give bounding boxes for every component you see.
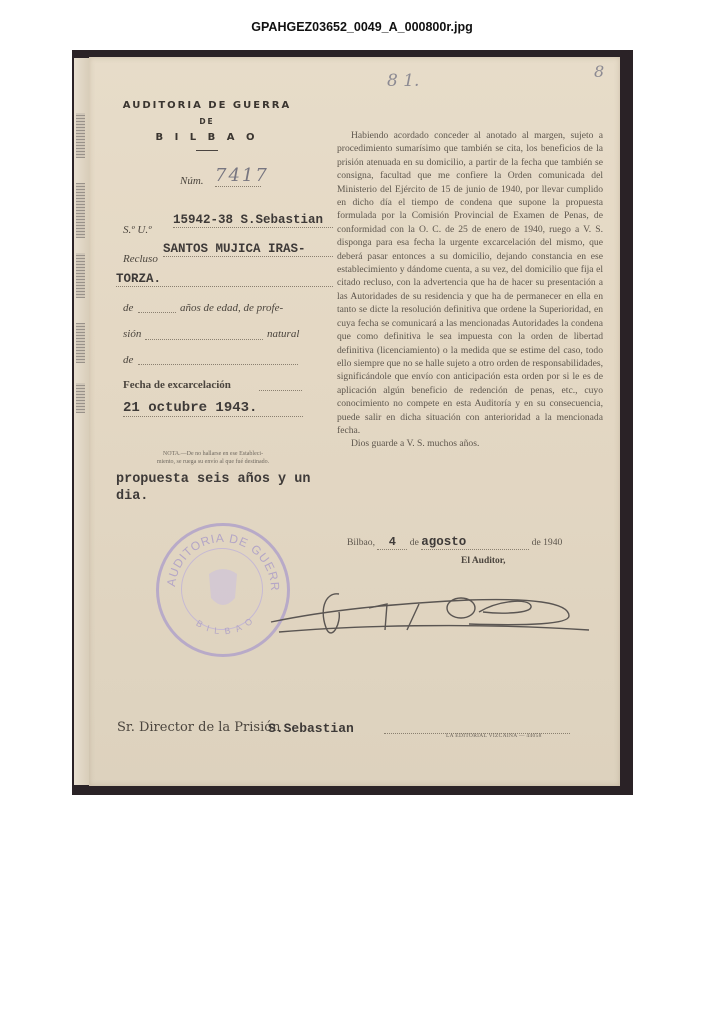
su-label: S.º U.º xyxy=(123,224,152,236)
num-value: 7417 xyxy=(215,165,261,187)
num-label: Núm. xyxy=(180,175,204,187)
document-page: AUDITORIA DE GUERRA DE B I L B A O Núm. … xyxy=(89,57,620,786)
svg-text:AUDITORIA DE GUERRA: AUDITORIA DE GUERRA xyxy=(159,526,282,592)
profesion-label: sión xyxy=(123,328,141,340)
file-name: GPAHGEZ03652_0049_A_000800r.jpg xyxy=(0,20,724,34)
corner-page-number: 8 xyxy=(594,62,604,81)
natural-de-label: de xyxy=(123,354,133,366)
svg-text:BILBAO: BILBAO xyxy=(194,612,259,636)
date-de1: de xyxy=(410,537,419,548)
su-value: 15942-38 S.Sebastian xyxy=(173,213,333,228)
recluso-label: Recluso xyxy=(123,253,158,265)
natural-field xyxy=(138,364,298,365)
pencil-annotation: 8 1. xyxy=(387,71,419,91)
edad-de-label: de xyxy=(123,302,133,314)
edad-text: años de edad, de profe- xyxy=(180,302,283,314)
signer-title: El Auditor, xyxy=(461,556,506,566)
date-place: Bilbao, xyxy=(347,537,375,548)
body-paragraphs: Habiendo acordado conceder al anotado al… xyxy=(337,129,603,451)
date-year: de 1940 xyxy=(532,537,563,548)
header-bilbao: B I L B A O xyxy=(107,132,307,143)
recluso-value-line1: SANTOS MUJICA IRAS- xyxy=(163,242,333,257)
date-line: Bilbao, 4 de agosto de 1940 xyxy=(347,535,607,550)
auditor-signature xyxy=(269,582,599,642)
stamp-text-ring: AUDITORIA DE GUERRA BILBAO xyxy=(159,526,287,654)
addressee-value: S.Sebastian xyxy=(268,721,354,736)
body-paragraph-closing: Dios guarde a V. S. muchos años. xyxy=(337,437,603,450)
profesion-field xyxy=(145,339,263,340)
natural-label: natural xyxy=(267,328,299,340)
body-paragraph-main: Habiendo acordado conceder al anotado al… xyxy=(337,129,603,437)
fecha-label: Fecha de excarcelación xyxy=(123,379,231,391)
adjacent-page-strip xyxy=(74,58,89,785)
addressee-label: Sr. Director de la Prisión xyxy=(117,720,280,735)
recluso-value-line2: TORZA. xyxy=(116,272,333,287)
date-month-field: agosto xyxy=(421,535,529,550)
nota-text: NOTA.—De no hallarse en ese Estableci- m… xyxy=(123,450,303,466)
header-auditoria: AUDITORIA DE GUERRA xyxy=(107,100,307,111)
fecha-label-dots xyxy=(259,390,302,391)
printer-imprint: LA EDITORIAL VIZCAINA — 44058 xyxy=(446,733,542,739)
fecha-value: 21 octubre 1943. xyxy=(123,400,303,417)
document-scan: AUDITORIA DE GUERRA DE B I L B A O Núm. … xyxy=(72,50,633,795)
edad-field xyxy=(138,312,176,313)
date-day: 4 xyxy=(389,535,396,549)
propuesta-line1: propuesta seis años y un xyxy=(116,472,310,487)
date-month: agosto xyxy=(421,535,466,549)
propuesta-line2: dia. xyxy=(116,489,148,504)
date-day-field: 4 xyxy=(377,535,407,550)
header-divider xyxy=(196,150,218,151)
header-de: DE xyxy=(107,117,307,126)
